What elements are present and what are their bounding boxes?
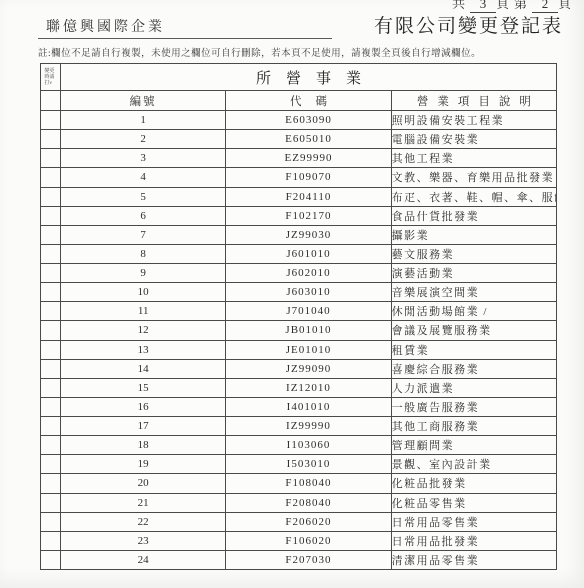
row-number: 22	[61, 512, 226, 531]
row-description: 化粧品批發業	[391, 474, 556, 493]
row-code: I503010	[226, 455, 391, 474]
row-number: 23	[61, 531, 226, 550]
row-number: 9	[61, 264, 226, 283]
row-number: 18	[61, 436, 226, 455]
change-mark-cell	[41, 225, 61, 244]
row-description: 休閒活動場館業 /	[391, 302, 556, 321]
column-header-code: 代碼	[226, 91, 391, 111]
change-mark-cell	[41, 512, 61, 531]
row-number: 13	[61, 340, 226, 359]
section-title: 所營事業	[61, 64, 557, 91]
change-mark-cell	[41, 531, 61, 550]
row-description: 攝影業	[391, 225, 556, 244]
table-row: 21F208040化粧品零售業	[41, 493, 557, 512]
table-row: 15IZ12010人力派遣業	[41, 378, 557, 397]
form-instructions-note: 註:欄位不足請自行複製，未使用之欄位可自行刪除，若本頁不足使用，請複製全頁後自行…	[38, 45, 568, 59]
business-items-body: 1E603090照明設備安裝工程業2E605010電腦設備安裝業3EZ99990…	[41, 111, 557, 570]
row-number: 7	[61, 225, 226, 244]
change-mark-cell	[41, 474, 61, 493]
table-row: 3EZ99990其他工程業	[41, 149, 557, 168]
table-row: 10J603010音樂展演空間業	[41, 283, 557, 302]
change-mark-cell	[41, 302, 61, 321]
change-mark-cell	[41, 455, 61, 474]
row-description: 日常用品零售業	[391, 512, 556, 531]
row-number: 14	[61, 359, 226, 378]
row-number: 12	[61, 321, 226, 340]
change-mark-cell	[41, 321, 61, 340]
current-page-unit: 頁	[558, 0, 576, 11]
company-name: 聯億興國際企業	[46, 16, 165, 36]
row-description: 會議及展覽服務業	[391, 321, 556, 340]
row-code: IZ12010	[226, 378, 391, 397]
row-description: 電腦設備安裝業	[391, 130, 556, 149]
row-number: 2	[61, 130, 226, 149]
row-number: 21	[61, 493, 226, 512]
row-code: F109070	[226, 168, 391, 187]
section-header-row: 變更時請打v 所營事業	[41, 64, 557, 91]
table-row: 8J601010藝文服務業	[41, 244, 557, 263]
change-mark-cell	[41, 111, 61, 130]
row-number: 6	[61, 206, 226, 225]
table-row: 19I503010景觀、室內設計業	[41, 455, 557, 474]
change-mark-column-header: 變更時請打v	[41, 64, 61, 91]
change-mark-cell	[41, 264, 61, 283]
column-header-description: 營業項目說明	[391, 91, 556, 111]
row-description: 音樂展演空間業	[391, 283, 556, 302]
row-number: 19	[61, 455, 226, 474]
column-header-number: 編號	[61, 91, 226, 111]
total-pages-unit: 頁	[496, 0, 514, 11]
row-code: F207030	[226, 550, 391, 569]
row-code: JZ99090	[226, 359, 391, 378]
row-description: 化粧品零售業	[391, 493, 556, 512]
table-row: 4F109070文教、樂器、育樂用品批發業	[41, 168, 557, 187]
table-row: 24F207030清潔用品零售業	[41, 550, 557, 569]
table-row: 11J701040休閒活動場館業 /	[41, 302, 557, 321]
table-row: 1E603090照明設備安裝工程業	[41, 111, 557, 130]
change-mark-cell	[41, 244, 61, 263]
row-code: JB01010	[226, 321, 391, 340]
row-code: F102170	[226, 206, 391, 225]
row-description: 人力派遣業	[391, 378, 556, 397]
table-row: 17IZ99990其他工商服務業	[41, 417, 557, 436]
row-number: 1	[61, 111, 226, 130]
row-code: J603010	[226, 283, 391, 302]
row-code: J701040	[226, 302, 391, 321]
row-code: JZ99030	[226, 225, 391, 244]
table-row: 6F102170食品什貨批發業	[41, 206, 557, 225]
row-number: 4	[61, 168, 226, 187]
row-number: 20	[61, 474, 226, 493]
change-mark-cell	[41, 206, 61, 225]
row-code: E605010	[226, 130, 391, 149]
row-number: 10	[61, 283, 226, 302]
change-mark-cell	[41, 359, 61, 378]
change-mark-cell	[41, 397, 61, 416]
change-mark-cell	[41, 378, 61, 397]
row-description: 清潔用品零售業	[391, 550, 556, 569]
row-code: F108040	[226, 474, 391, 493]
change-mark-header-cell	[41, 91, 61, 111]
row-description: 照明設備安裝工程業	[391, 111, 556, 130]
row-number: 17	[61, 417, 226, 436]
row-description: 一般廣告服務業	[391, 397, 556, 416]
table-row: 23F106020日常用品批發業	[41, 531, 557, 550]
row-description: 日常用品批發業	[391, 531, 556, 550]
row-description: 布疋、衣著、鞋、帽、傘、服飾品零售業	[391, 187, 556, 206]
row-number: 5	[61, 187, 226, 206]
row-code: JE01010	[226, 340, 391, 359]
table-row: 16I401010一般廣告服務業	[41, 397, 557, 416]
row-code: F208040	[226, 493, 391, 512]
change-mark-cell	[41, 550, 61, 569]
table-row: 13JE01010租賃業	[41, 340, 557, 359]
row-code: I103060	[226, 436, 391, 455]
row-code: EZ99990	[226, 149, 391, 168]
registration-form-page: 共3頁第2頁 聯億興國際企業 有限公司變更登記表 註:欄位不足請自行複製，未使用…	[0, 0, 584, 588]
row-code: J601010	[226, 244, 391, 263]
document-title: 有限公司變更登記表	[374, 11, 563, 38]
change-mark-label: 變更時請打v	[45, 69, 57, 87]
row-description: 食品什貨批發業	[391, 206, 556, 225]
table-row: 14JZ99090喜慶綜合服務業	[41, 359, 557, 378]
row-description: 景觀、室內設計業	[391, 455, 556, 474]
row-description: 其他工商服務業	[391, 417, 556, 436]
table-row: 20F108040化粧品批發業	[41, 474, 557, 493]
total-pages-prefix: 共	[452, 0, 470, 11]
row-code: F106020	[226, 531, 391, 550]
row-number: 24	[61, 550, 226, 569]
row-number: 11	[61, 302, 226, 321]
table-row: 5F204110布疋、衣著、鞋、帽、傘、服飾品零售業	[41, 187, 557, 206]
business-items-table: 變更時請打v 所營事業 編號 代碼 營業項目說明 1E603090照明設備安裝工…	[40, 63, 557, 570]
row-number: 8	[61, 244, 226, 263]
row-code: F206020	[226, 512, 391, 531]
row-description: 其他工程業	[391, 149, 556, 168]
row-code: I401010	[226, 397, 391, 416]
row-description: 管理顧問業	[391, 436, 556, 455]
table-row: 7JZ99030攝影業	[41, 225, 557, 244]
row-code: E603090	[226, 111, 391, 130]
change-mark-cell	[41, 149, 61, 168]
column-header-row: 編號 代碼 營業項目說明	[41, 91, 557, 111]
table-row: 22F206020日常用品零售業	[41, 512, 557, 531]
table-row: 2E605010電腦設備安裝業	[41, 130, 557, 149]
table-row: 12JB01010會議及展覽服務業	[41, 321, 557, 340]
row-number: 16	[61, 397, 226, 416]
table-row: 9J602010演藝活動業	[41, 264, 557, 283]
change-mark-cell	[41, 187, 61, 206]
change-mark-cell	[41, 283, 61, 302]
row-description: 文教、樂器、育樂用品批發業	[391, 168, 556, 187]
current-page-prefix: 第	[514, 0, 532, 11]
row-description: 藝文服務業	[391, 244, 556, 263]
row-description: 租賃業	[391, 340, 556, 359]
change-mark-cell	[41, 340, 61, 359]
row-number: 3	[61, 149, 226, 168]
row-code: J602010	[226, 264, 391, 283]
row-code: IZ99990	[226, 417, 391, 436]
row-code: F204110	[226, 187, 391, 206]
row-description: 演藝活動業	[391, 264, 556, 283]
change-mark-cell	[41, 493, 61, 512]
change-mark-cell	[41, 436, 61, 455]
change-mark-cell	[41, 168, 61, 187]
change-mark-cell	[41, 417, 61, 436]
change-mark-cell	[41, 130, 61, 149]
row-description: 喜慶綜合服務業	[391, 359, 556, 378]
company-name-underline	[38, 38, 332, 39]
row-number: 15	[61, 378, 226, 397]
table-row: 18I103060管理顧問業	[41, 436, 557, 455]
